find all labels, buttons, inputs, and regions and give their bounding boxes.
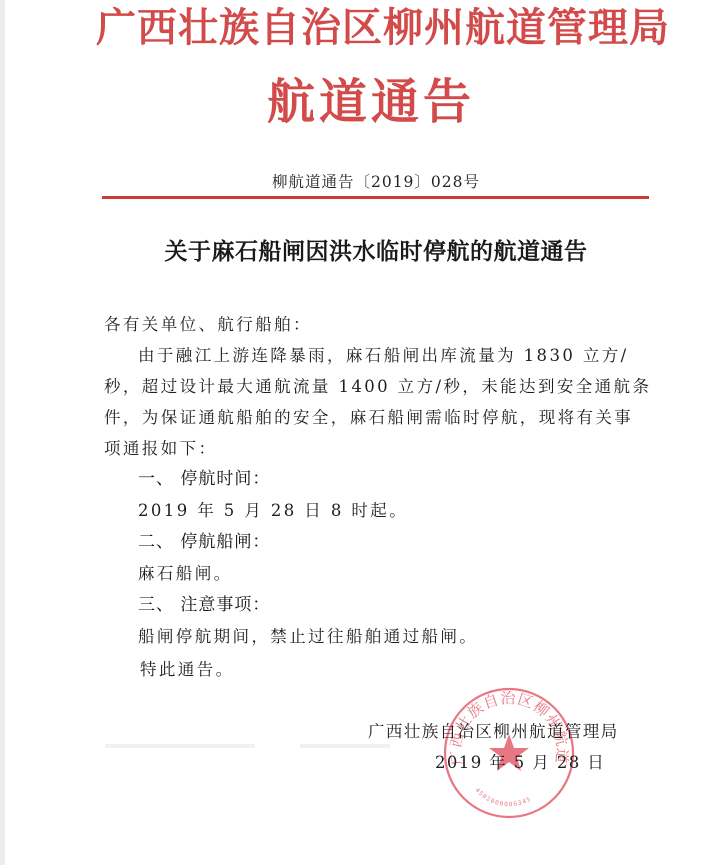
notice-subject: 关于麻石船闸因洪水临时停航的航道通告	[102, 236, 650, 268]
section-heading-suspension-time: 一、 停航时间：	[138, 464, 270, 495]
closing-statement: 特此通告。	[140, 654, 235, 685]
scan-bleed-through	[105, 744, 255, 748]
body-paragraph: 由于融江上游连降暴雨，麻石船闸出库流量为 1830 立方/ 秒，超过设计最大通航…	[104, 340, 644, 464]
section-heading-notes: 三、 注意事项：	[138, 590, 270, 621]
notice-document: 广西壮族自治区柳州航道管理局 航道通告 柳航道通告〔2019〕028号 关于麻石…	[0, 0, 721, 865]
paragraph-line: 件，为保证通航船舶的安全，麻石船闸需临时停航，现将有关事	[104, 402, 644, 433]
red-divider-rule	[102, 196, 649, 199]
paragraph-line: 秒，超过设计最大通航流量 1400 立方/秒，未能达到安全通航条	[104, 371, 644, 402]
signature-date: 2019 年 5 月 28 日	[435, 747, 605, 778]
salutation: 各有关单位、航行船舶：	[104, 309, 644, 340]
issuing-organization-title: 广西壮族自治区柳州航道管理局	[96, 2, 646, 54]
stamp-serial: 4502000006345	[474, 787, 533, 808]
paragraph-line: 由于融江上游连降暴雨，麻石船闸出库流量为 1830 立方/	[104, 340, 644, 371]
paragraph-line: 项通报如下：	[104, 433, 644, 464]
svg-text:4502000006345: 4502000006345	[474, 787, 533, 808]
document-number: 柳航道通告〔2019〕028号	[102, 171, 650, 193]
section-content-suspended-lock: 麻石船闸。	[138, 558, 233, 589]
section-content-suspension-time: 2019 年 5 月 28 日 8 时起。	[138, 495, 408, 526]
signature-organization: 广西壮族自治区柳州航道管理局	[368, 716, 638, 747]
section-heading-suspended-lock: 二、 停航船闸：	[138, 527, 270, 558]
section-content-notes: 船闸停航期间，禁止过往船舶通过船闸。	[138, 621, 478, 652]
notice-type-title: 航道通告	[96, 72, 646, 132]
